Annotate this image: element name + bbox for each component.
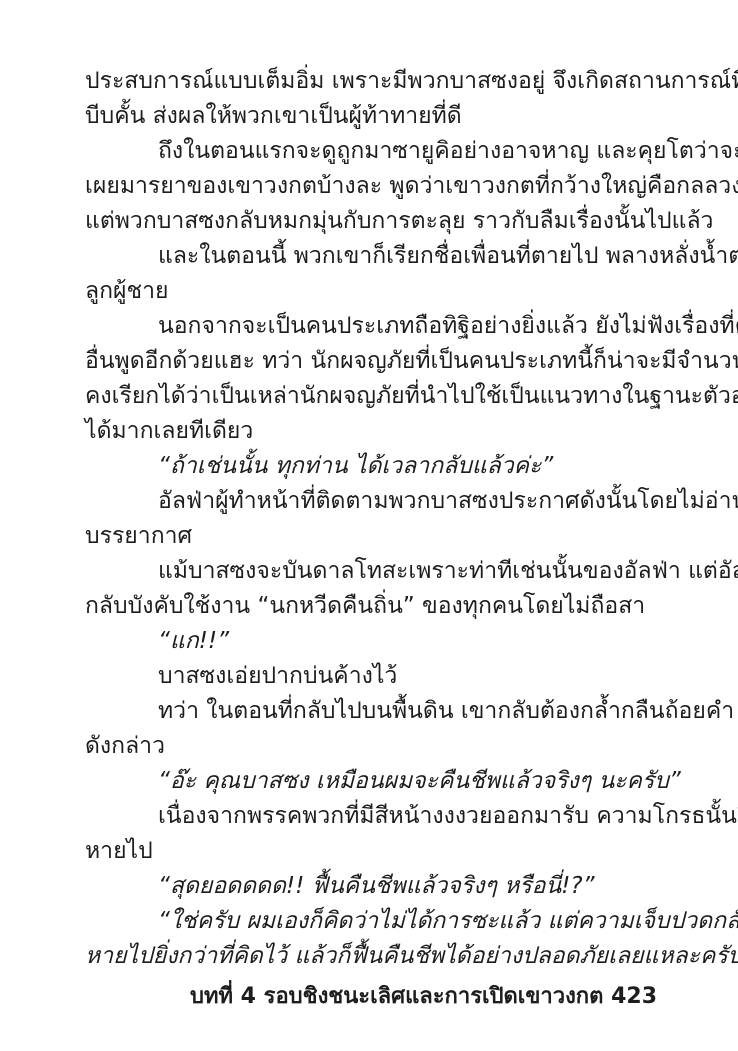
text-line: “แก!!” xyxy=(85,624,657,659)
book-page: ประสบการณ์แบบเต็มอิ่ม เพราะมีพวกบาสซงอยู… xyxy=(0,0,738,1051)
text-line: บาสซงเอ่ยปากบ่นค้างไว้ xyxy=(85,659,657,694)
text-line: ถึงในตอนแรกจะดูถูกมาซายูคิอย่างอาจหาญ แล… xyxy=(85,134,657,169)
text-line: บรรยากาศ xyxy=(85,519,657,554)
text-line: “สุดยอดดดด!! ฟื้นคืนชีพแล้วจริงๆ หรือนี่… xyxy=(85,869,657,904)
text-line: อัลฟ่าผู้ทำหน้าที่ติดตามพวกบาสซงประกาศดั… xyxy=(85,484,657,519)
text-line: ประสบการณ์แบบเต็มอิ่ม เพราะมีพวกบาสซงอยู… xyxy=(85,64,657,99)
text-line: “อ๊ะ คุณบาสซง เหมือนผมจะคืนชีพแล้วจริงๆ … xyxy=(85,764,657,799)
chapter-footer: บทที่ 4 รอบชิงชนะเลิศและการเปิดเขาวงกต 4… xyxy=(85,981,657,1013)
text-line: หายไปยิ่งกว่าที่คิดไว้ แล้วก็ฟื้นคืนชีพไ… xyxy=(85,939,657,974)
text-line: กลับบังคับใช้งาน “นกหวีดคืนถิ่น” ของทุกค… xyxy=(85,589,657,624)
text-line: ได้มากเลยทีเดียว xyxy=(85,414,657,449)
text-line: อื่นพูดอีกด้วยแฮะ ทว่า นักผจญภัยที่เป็นค… xyxy=(85,344,657,379)
page-text: ประสบการณ์แบบเต็มอิ่ม เพราะมีพวกบาสซงอยู… xyxy=(85,64,657,974)
text-line: ทว่า ในตอนที่กลับไปบนพื้นดิน เขากลับต้อง… xyxy=(85,694,657,729)
text-line: นอกจากจะเป็นคนประเภทถือทิฐิอย่างยิ่งแล้ว… xyxy=(85,309,657,344)
text-line: ลูกผู้ชาย xyxy=(85,274,657,309)
text-line: “ถ้าเช่นนั้น ทุกท่าน ได้เวลากลับแล้วค่ะ” xyxy=(85,449,657,484)
text-line: ดังกล่าว xyxy=(85,729,657,764)
text-line: เนื่องจากพรรคพวกที่มีสีหน้างงงวยออกมารับ… xyxy=(85,799,657,834)
text-line: แต่พวกบาสซงกลับหมกมุ่นกับการตะลุย ราวกับ… xyxy=(85,204,657,239)
text-line: และในตอนนี้ พวกเขาก็เรียกชื่อเพื่อนที่ตา… xyxy=(85,239,657,274)
text-line: แม้บาสซงจะบันดาลโทสะเพราะท่าทีเช่นนั้นขอ… xyxy=(85,554,657,589)
text-line: เผยมารยาของเขาวงกตบ้างละ พูดว่าเขาวงกตที… xyxy=(85,169,657,204)
text-line: คงเรียกได้ว่าเป็นเหล่านักผจญภัยที่นำไปใช… xyxy=(85,379,657,414)
text-line: “ใช่ครับ ผมเองก็คิดว่าไม่ได้การซะแล้ว แต… xyxy=(85,904,657,939)
text-line: หายไป xyxy=(85,834,657,869)
text-line: บีบคั้น ส่งผลให้พวกเขาเป็นผู้ท้าทายที่ดี xyxy=(85,99,657,134)
